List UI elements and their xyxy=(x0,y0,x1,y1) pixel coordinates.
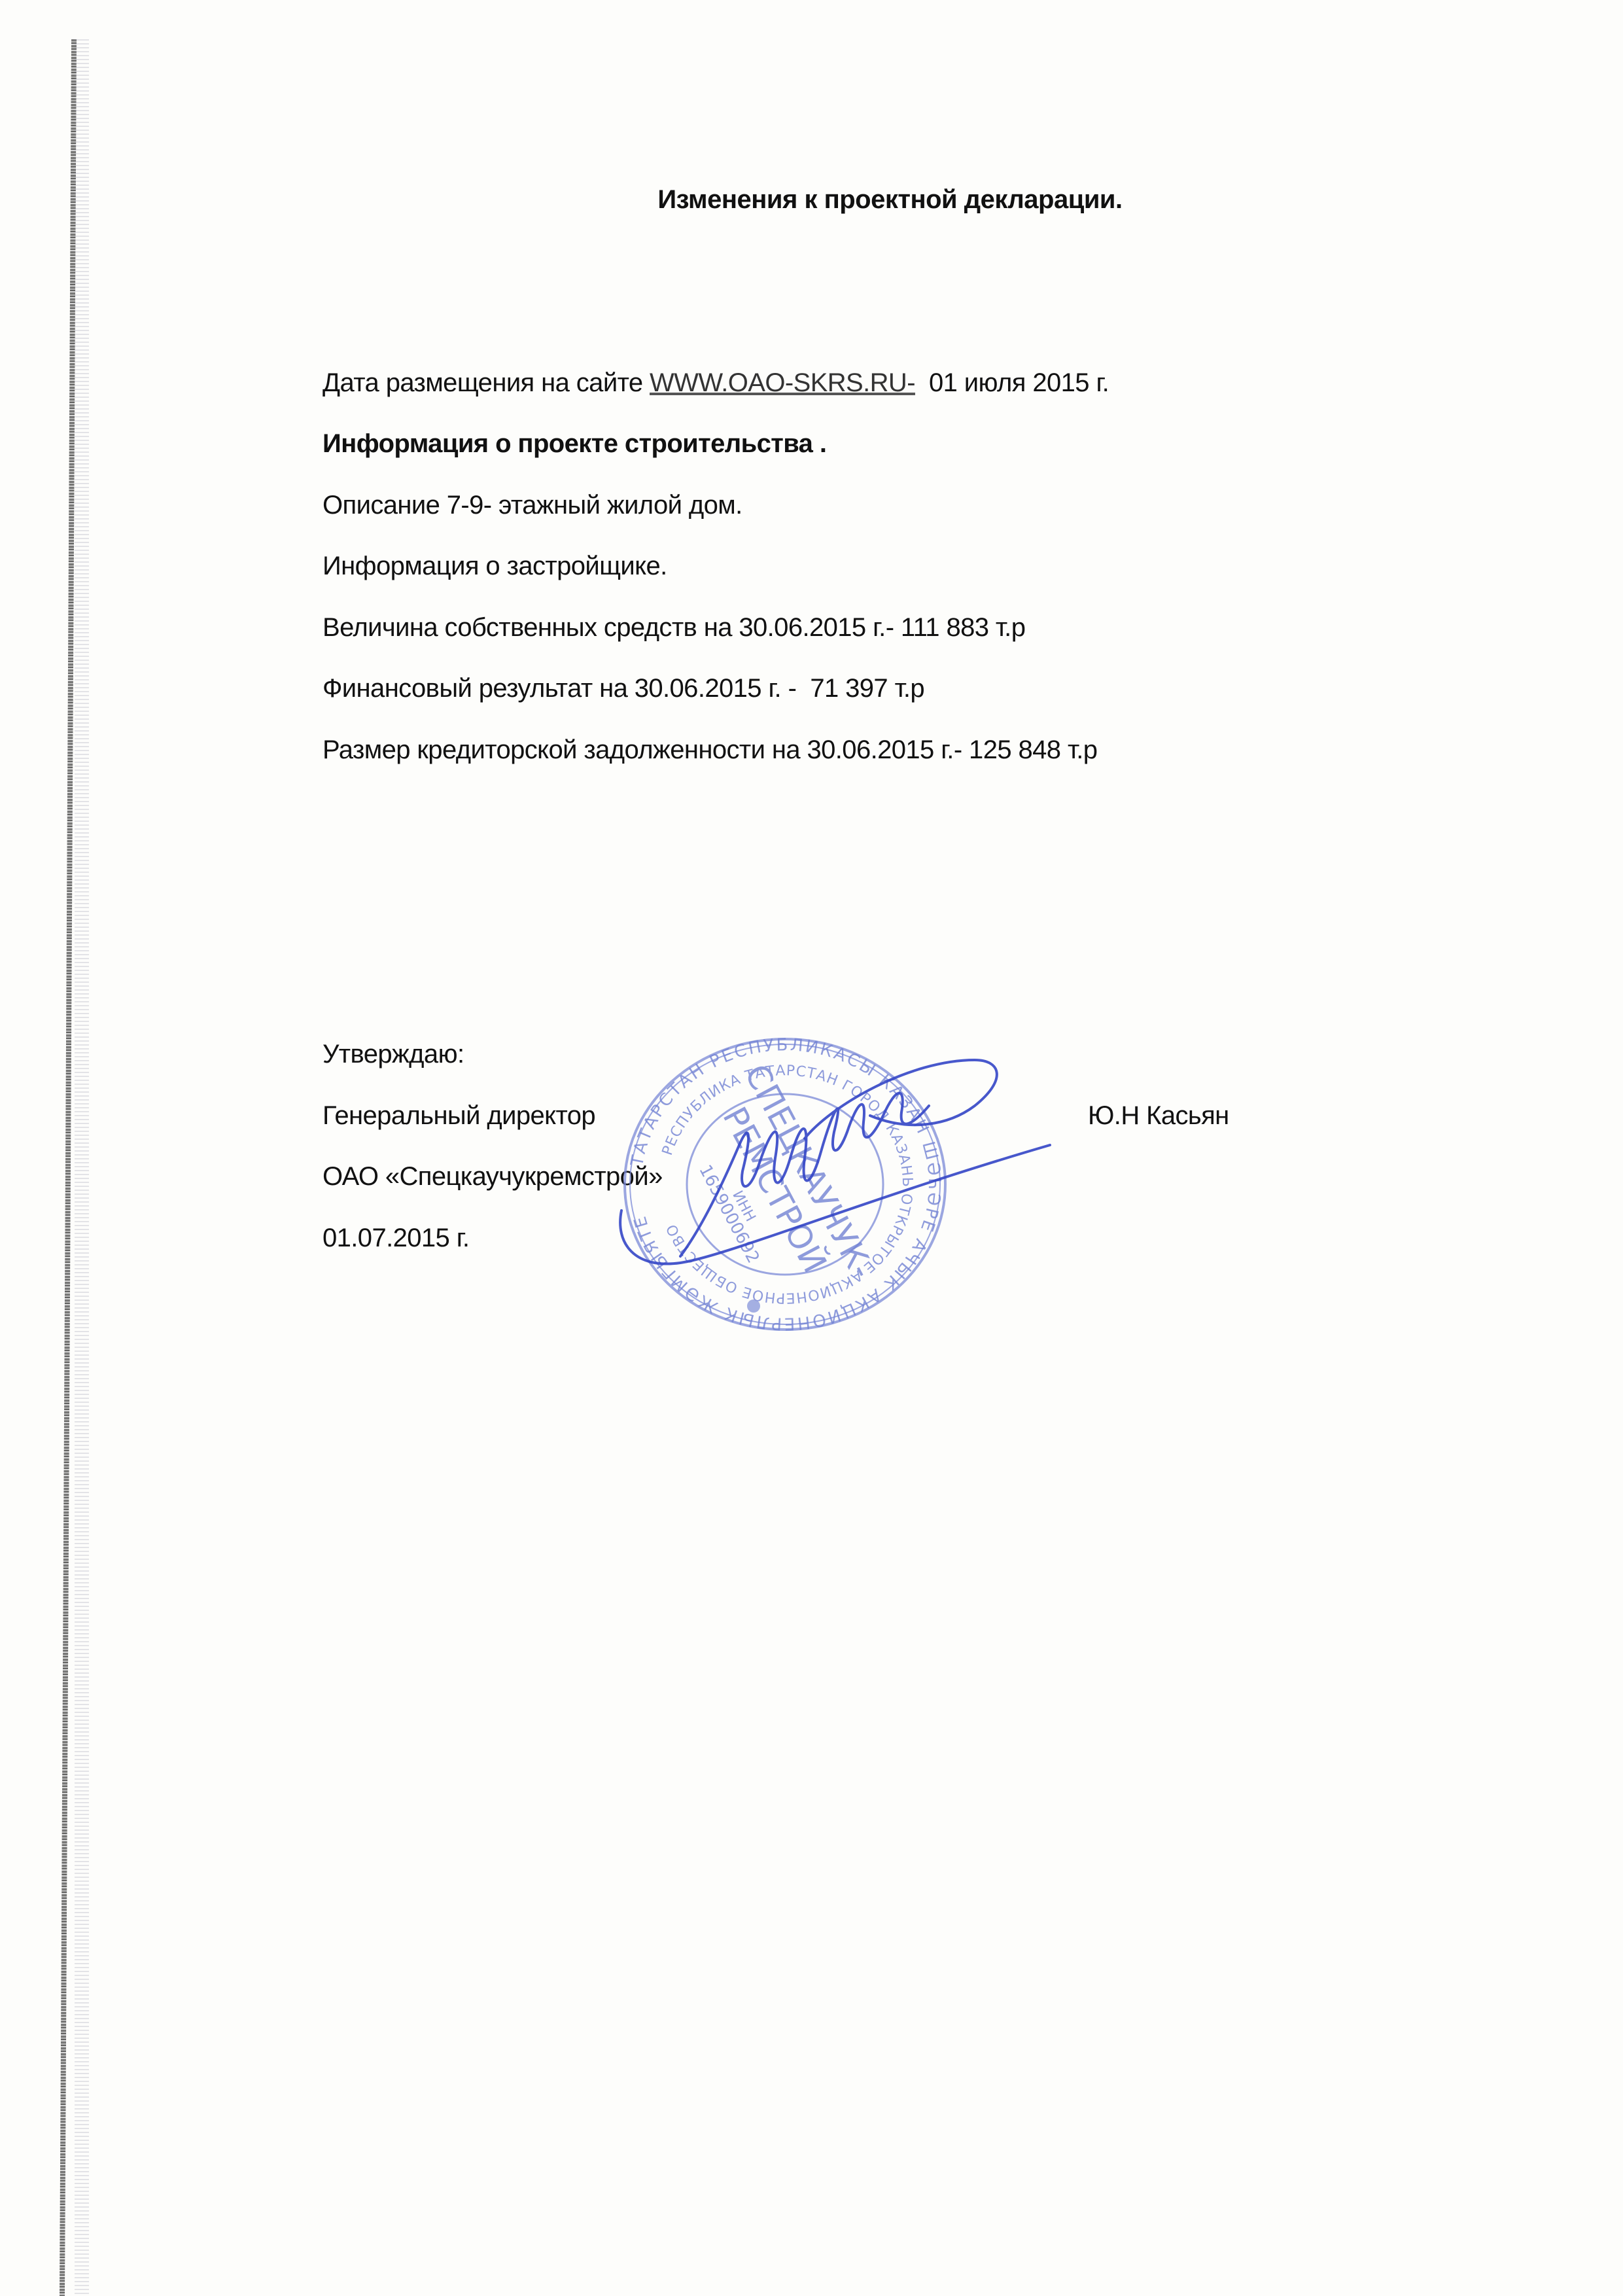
scan-edge-noise xyxy=(75,39,89,2296)
publication-prefix: Дата размещения на сайте xyxy=(323,368,650,397)
signature-icon xyxy=(608,1047,1066,1296)
payables-line: Размер кредиторской задолженности на 30.… xyxy=(323,735,1097,765)
website-link[interactable]: WWW.OAO-SKRS.RU- xyxy=(650,368,915,397)
financial-result-line: Финансовый результат на 30.06.2015 г. - … xyxy=(323,674,924,703)
approve-label: Утверждаю: xyxy=(323,1040,464,1069)
publication-date-line: Дата размещения на сайте WWW.OAO-SKRS.RU… xyxy=(323,368,1109,398)
signatory-name: Ю.Н Касьян xyxy=(1088,1101,1229,1131)
document-title: Изменения к проектной декларации. xyxy=(0,185,1623,215)
publication-date: 01 июля 2015 г. xyxy=(915,368,1109,397)
project-info-heading: Информация о проекте строительства . xyxy=(323,429,826,459)
project-description: Описание 7-9- этажный жилой дом. xyxy=(323,491,742,520)
approval-date: 01.07.2015 г. xyxy=(323,1224,469,1253)
developer-info-heading: Информация о застройщике. xyxy=(323,552,667,581)
equity-line: Величина собственных средств на 30.06.20… xyxy=(323,613,1025,643)
director-position: Генеральный директор xyxy=(323,1101,595,1131)
